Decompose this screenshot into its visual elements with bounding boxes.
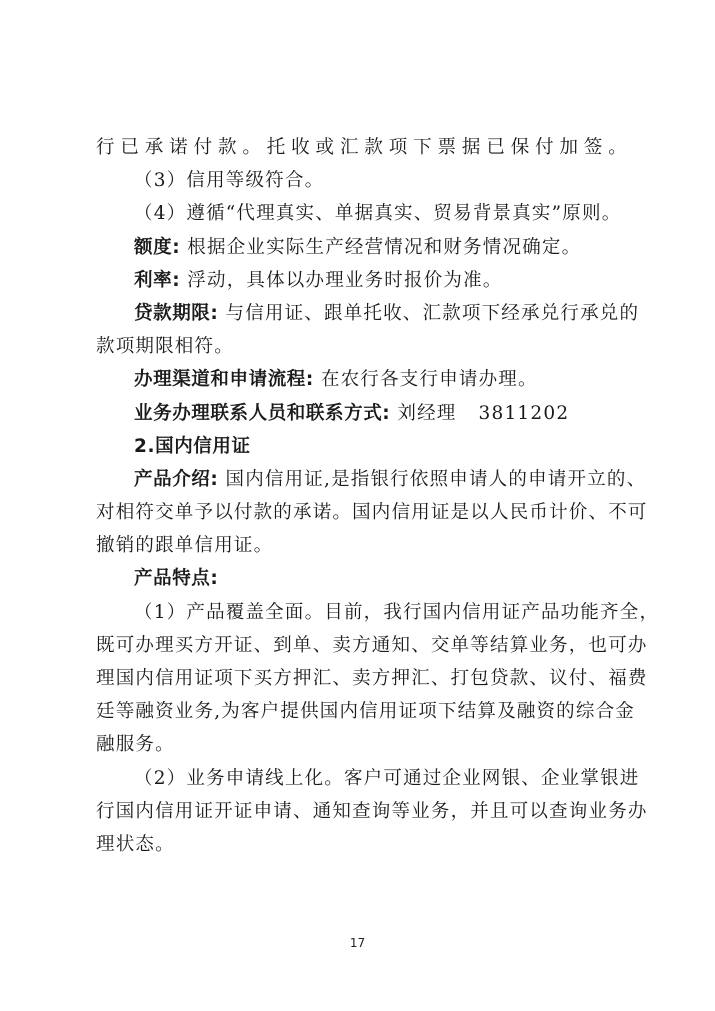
intro-text-3: 撤销的跟单信用证。 [96, 529, 628, 562]
quota-paragraph: 额度: 根据企业实际生产经营情况和财务情况确定。 [96, 231, 628, 264]
text-line: 行已承诺付款。托收或汇款项下票据已保付加签。 [96, 131, 628, 164]
contact-name: 刘经理 [397, 403, 456, 424]
list-item-3: （3）信用等级符合。 [96, 164, 628, 197]
term-text-continued: 款项期限相符。 [96, 330, 628, 363]
features-heading: 产品特点: [96, 562, 628, 595]
term-paragraph: 贷款期限: 与信用证、跟单托收、汇款项下经承兑行承兑的 [96, 297, 628, 330]
rate-label: 利率: [134, 270, 180, 291]
feature-1-line: 理国内信用证项下买方押汇、卖方押汇、打包贷款、议付、福费 [96, 662, 628, 695]
rate-text: 浮动，具体以办理业务时报价为准。 [187, 270, 502, 291]
channel-text: 在农行各支行申请办理。 [321, 369, 538, 390]
intro-label: 产品介绍: [134, 469, 218, 490]
section-heading: 2.国内信用证 [96, 430, 628, 463]
feature-1-line: 既可办理买方开证、到单、卖方通知、交单等结算业务，也可办 [96, 629, 628, 662]
intro-text: 国内信用证,是指银行依照申请人的申请开立的、 [226, 469, 647, 490]
term-text: 与信用证、跟单托收、汇款项下经承兑行承兑的 [226, 303, 640, 324]
term-label: 贷款期限: [134, 303, 218, 324]
list-item-4: （4）遵循“代理真实、单据真实、贸易背景真实”原则。 [96, 197, 628, 230]
quota-text: 根据企业实际生产经营情况和财务情况确定。 [187, 237, 581, 258]
page-number: 17 [0, 936, 715, 950]
feature-2-line: （2）业务申请线上化。客户可通过企业网银、企业掌银进 [96, 762, 628, 795]
intro-paragraph: 产品介绍: 国内信用证,是指银行依照申请人的申请开立的、 [96, 463, 628, 496]
document-page: 行已承诺付款。托收或汇款项下票据已保付加签。 （3）信用等级符合。 （4）遵循“… [96, 131, 628, 861]
feature-2-line: 理状态。 [96, 828, 628, 861]
channel-label: 办理渠道和申请流程: [134, 369, 314, 390]
feature-1-line: 融服务。 [96, 728, 628, 761]
intro-text-2: 对相符交单予以付款的承诺。国内信用证是以人民币计价、不可 [96, 496, 628, 529]
rate-paragraph: 利率: 浮动，具体以办理业务时报价为准。 [96, 264, 628, 297]
channel-paragraph: 办理渠道和申请流程: 在农行各支行申请办理。 [96, 363, 628, 396]
quota-label: 额度: [134, 237, 180, 258]
contact-paragraph: 业务办理联系人员和联系方式: 刘经理3811202 [96, 397, 628, 430]
feature-2-line: 行国内信用证开证申请、通知查询等业务，并且可以查询业务办 [96, 795, 628, 828]
contact-label: 业务办理联系人员和联系方式: [134, 403, 390, 424]
contact-phone: 3811202 [479, 403, 570, 424]
feature-1-line: 廷等融资业务,为客户提供国内信用证项下结算及融资的综合金 [96, 695, 628, 728]
feature-1-line: （1）产品覆盖全面。目前，我行国内信用证产品功能齐全， [96, 596, 628, 629]
